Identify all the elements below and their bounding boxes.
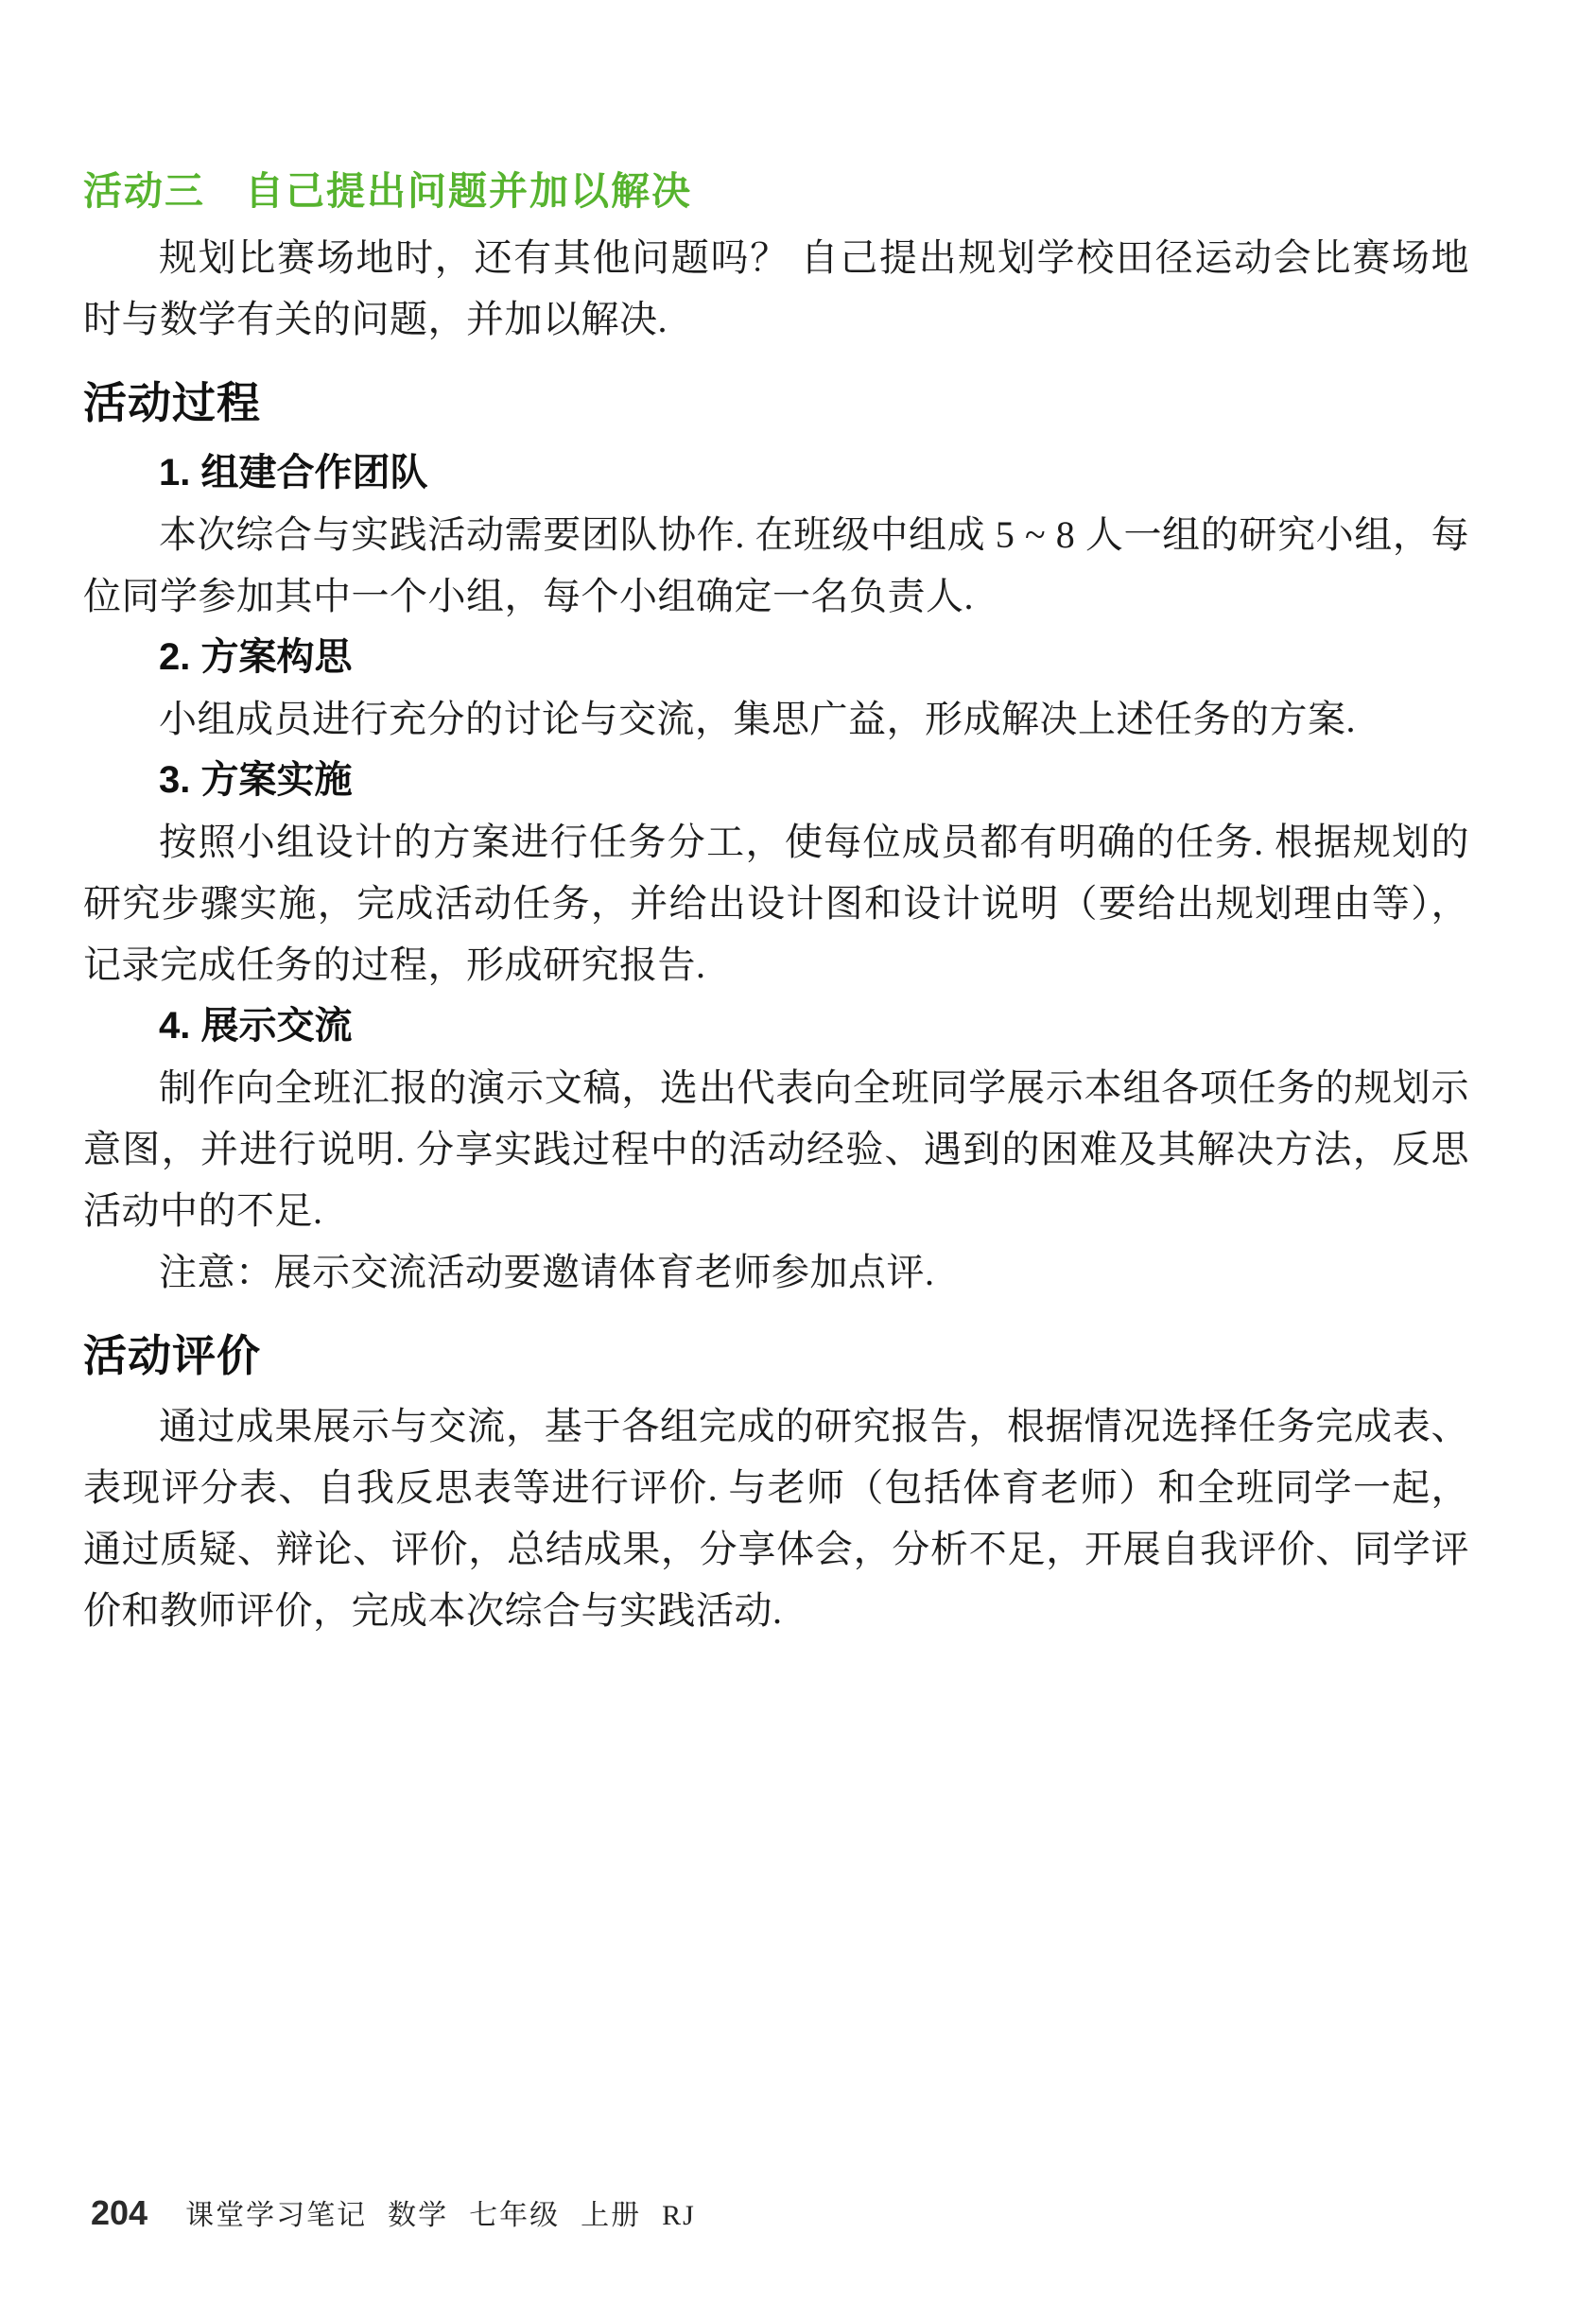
process-heading: 活动过程 bbox=[83, 376, 1469, 429]
step3-title: 3. 方案实施 bbox=[83, 750, 1469, 811]
step1-body: 本次综合与实践活动需要团队协作. 在班级中组成 5 ~ 8 人一组的研究小组，每… bbox=[83, 504, 1469, 627]
evaluation-heading: 活动评价 bbox=[83, 1329, 1469, 1382]
step1-title: 1. 组建合作团队 bbox=[83, 442, 1469, 504]
page-content: 活动三自己提出问题并加以解决 规划比赛场地时，还有其他问题吗？ 自己提出规划学校… bbox=[83, 168, 1469, 1641]
footer-book-label: 课堂学习笔记 bbox=[185, 2191, 367, 2233]
footer-subject: 数学 bbox=[388, 2191, 448, 2233]
step2-title: 2. 方案构思 bbox=[83, 627, 1469, 688]
page-footer: 204 课堂学习笔记 数学 七年级 上册 RJ bbox=[91, 2191, 717, 2233]
activity3-intro-paragraph: 规划比赛场地时，还有其他问题吗？ 自己提出规划学校田径运动会比赛场地时与数学有关… bbox=[83, 227, 1469, 350]
step4-body: 制作向全班汇报的演示文稿，选出代表向全班同学展示本组各项任务的规划示意图，并进行… bbox=[83, 1057, 1469, 1241]
evaluation-body: 通过成果展示与交流，基于各组完成的研究报告，根据情况选择任务完成表、表现评分表、… bbox=[83, 1395, 1469, 1641]
step4-note: 注意：展示交流活动要邀请体育老师参加点评. bbox=[83, 1241, 1469, 1303]
step2-body: 小组成员进行充分的讨论与交流，集思广益，形成解决上述任务的方案. bbox=[83, 688, 1469, 750]
footer-volume: 上册 bbox=[581, 2191, 641, 2233]
footer-edition: RJ bbox=[662, 2200, 696, 2232]
activity3-title-text: 自己提出问题并加以解决 bbox=[245, 169, 692, 213]
footer-grade: 七年级 bbox=[469, 2191, 560, 2233]
step4-title: 4. 展示交流 bbox=[83, 996, 1469, 1057]
page-number: 204 bbox=[91, 2193, 147, 2233]
step3-body: 按照小组设计的方案进行任务分工，使每位成员都有明确的任务. 根据规划的研究步骤实… bbox=[83, 811, 1469, 996]
activity3-label: 活动三 bbox=[83, 169, 205, 213]
activity3-heading: 活动三自己提出问题并加以解决 bbox=[83, 168, 1469, 214]
textbook-page: 活动三自己提出问题并加以解决 规划比赛场地时，还有其他问题吗？ 自己提出规划学校… bbox=[0, 0, 1596, 2320]
